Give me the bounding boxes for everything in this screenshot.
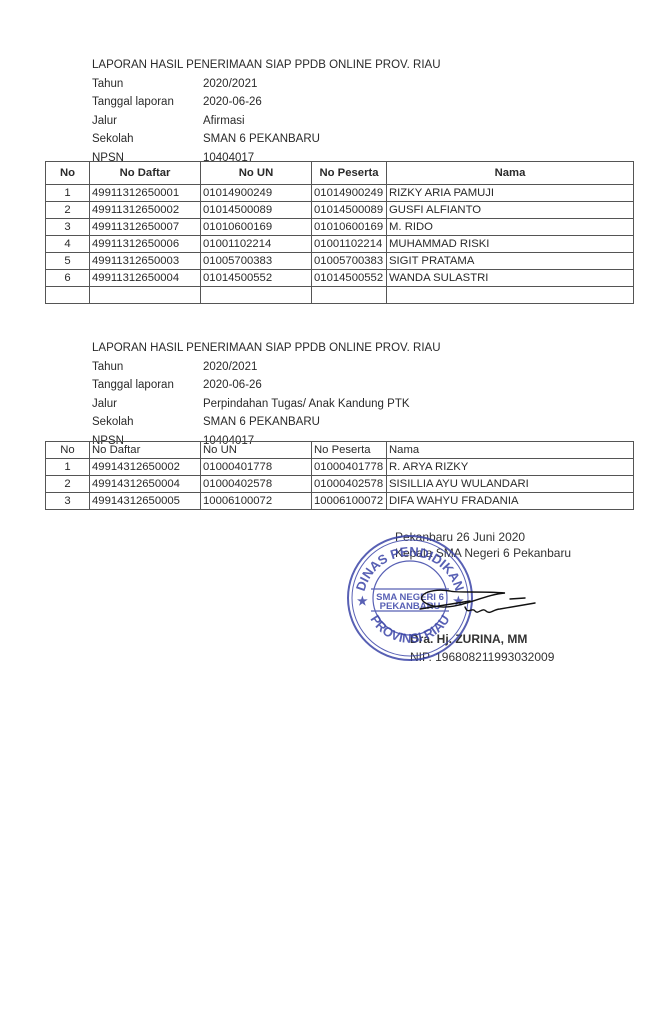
col-no-peserta: No Peserta — [312, 162, 387, 185]
cell-no: 1 — [46, 459, 90, 476]
cell-nama: MUHAMMAD RISKI — [387, 236, 634, 253]
table-header-row: No No Daftar No UN No Peserta Nama — [46, 162, 634, 185]
cell-nama: R. ARYA RIZKY — [387, 459, 634, 476]
cell-no-daftar: 49911312650007 — [90, 219, 201, 236]
field-tanggal: Tanggal laporan2020-06-26 — [92, 376, 441, 395]
cell-no-un: 01000401778 — [201, 459, 312, 476]
report-2-table: No No Daftar No UN No Peserta Nama 14991… — [45, 441, 634, 510]
star-icon: ★ — [357, 594, 368, 608]
table-row: 4499113126500060100110221401001102214MUH… — [46, 236, 634, 253]
col-no-peserta: No Peserta — [312, 442, 387, 459]
field-jalur: JalurAfirmasi — [92, 112, 441, 131]
report-1-header: LAPORAN HASIL PENERIMAAN SIAP PPDB ONLIN… — [92, 56, 441, 167]
empty-cell — [312, 287, 387, 304]
cell-nama: RIZKY ARIA PAMUJI — [387, 185, 634, 202]
table-row: 2499113126500020101450008901014500089GUS… — [46, 202, 634, 219]
col-nama: Nama — [387, 442, 634, 459]
table-row: 5499113126500030100570038301005700383SIG… — [46, 253, 634, 270]
col-no-un: No UN — [201, 442, 312, 459]
field-sekolah: SekolahSMAN 6 PEKANBARU — [92, 130, 441, 149]
cell-no-daftar: 49911312650001 — [90, 185, 201, 202]
cell-no: 1 — [46, 185, 90, 202]
cell-no-daftar: 49911312650006 — [90, 236, 201, 253]
cell-nama: DIFA WAHYU FRADANIA — [387, 493, 634, 510]
cell-no: 2 — [46, 476, 90, 493]
field-tanggal: Tanggal laporan2020-06-26 — [92, 93, 441, 112]
empty-cell — [387, 287, 634, 304]
cell-no-daftar: 49911312650004 — [90, 270, 201, 287]
cell-no-peserta: 01014900249 — [312, 185, 387, 202]
cell-no-daftar: 49914312650004 — [90, 476, 201, 493]
handwritten-signature — [410, 585, 540, 625]
table-row: 6499113126500040101450055201014500552WAN… — [46, 270, 634, 287]
cell-no-un: 01010600169 — [201, 219, 312, 236]
cell-nama: SISILLIA AYU WULANDARI — [387, 476, 634, 493]
col-no: No — [46, 442, 90, 459]
report-2-header: LAPORAN HASIL PENERIMAAN SIAP PPDB ONLIN… — [92, 339, 441, 450]
cell-no-un: 01000402578 — [201, 476, 312, 493]
cell-no-daftar: 49914312650005 — [90, 493, 201, 510]
col-no: No — [46, 162, 90, 185]
cell-no-un: 01014500552 — [201, 270, 312, 287]
cell-no-peserta: 01005700383 — [312, 253, 387, 270]
cell-no-peserta: 01000401778 — [312, 459, 387, 476]
cell-no-un: 01014500089 — [201, 202, 312, 219]
cell-no-peserta: 01014500089 — [312, 202, 387, 219]
table-row: 3499143126500051000610007210006100072DIF… — [46, 493, 634, 510]
cell-no-daftar: 49911312650003 — [90, 253, 201, 270]
empty-row — [46, 287, 634, 304]
cell-nama: GUSFI ALFIANTO — [387, 202, 634, 219]
report-1-table: No No Daftar No UN No Peserta Nama 14991… — [45, 161, 634, 304]
field-sekolah: SekolahSMAN 6 PEKANBARU — [92, 413, 441, 432]
table-row: 2499143126500040100040257801000402578SIS… — [46, 476, 634, 493]
report-title: LAPORAN HASIL PENERIMAAN SIAP PPDB ONLIN… — [92, 56, 441, 75]
col-no-daftar: No Daftar — [90, 442, 201, 459]
cell-no-un: 01001102214 — [201, 236, 312, 253]
cell-no-peserta: 01010600169 — [312, 219, 387, 236]
cell-no: 6 — [46, 270, 90, 287]
cell-no-daftar: 49911312650002 — [90, 202, 201, 219]
report-title: LAPORAN HASIL PENERIMAAN SIAP PPDB ONLIN… — [92, 339, 441, 358]
table-row: 1499113126500010101490024901014900249RIZ… — [46, 185, 634, 202]
field-tahun: Tahun2020/2021 — [92, 75, 441, 94]
cell-no-un: 01005700383 — [201, 253, 312, 270]
cell-no-peserta: 01001102214 — [312, 236, 387, 253]
field-tahun: Tahun2020/2021 — [92, 358, 441, 377]
col-nama: Nama — [387, 162, 634, 185]
report-2-rows: 1499143126500020100040177801000401778R. … — [46, 459, 634, 510]
cell-no-un: 10006100072 — [201, 493, 312, 510]
cell-no: 3 — [46, 219, 90, 236]
cell-no-peserta: 01014500552 — [312, 270, 387, 287]
field-jalur: JalurPerpindahan Tugas/ Anak Kandung PTK — [92, 395, 441, 414]
cell-no-peserta: 10006100072 — [312, 493, 387, 510]
cell-no-daftar: 49914312650002 — [90, 459, 201, 476]
cell-nama: M. RIDO — [387, 219, 634, 236]
cell-no-peserta: 01000402578 — [312, 476, 387, 493]
empty-cell — [90, 287, 201, 304]
report-1-rows: 1499113126500010101490024901014900249RIZ… — [46, 185, 634, 304]
empty-cell — [201, 287, 312, 304]
cell-nama: SIGIT PRATAMA — [387, 253, 634, 270]
cell-no-un: 01014900249 — [201, 185, 312, 202]
col-no-daftar: No Daftar — [90, 162, 201, 185]
cell-no: 2 — [46, 202, 90, 219]
cell-nama: WANDA SULASTRI — [387, 270, 634, 287]
col-no-un: No UN — [201, 162, 312, 185]
table-row: 3499113126500070101060016901010600169M. … — [46, 219, 634, 236]
cell-no: 4 — [46, 236, 90, 253]
table-row: 1499143126500020100040177801000401778R. … — [46, 459, 634, 476]
table-header-row: No No Daftar No UN No Peserta Nama — [46, 442, 634, 459]
cell-no: 5 — [46, 253, 90, 270]
empty-cell — [46, 287, 90, 304]
cell-no: 3 — [46, 493, 90, 510]
